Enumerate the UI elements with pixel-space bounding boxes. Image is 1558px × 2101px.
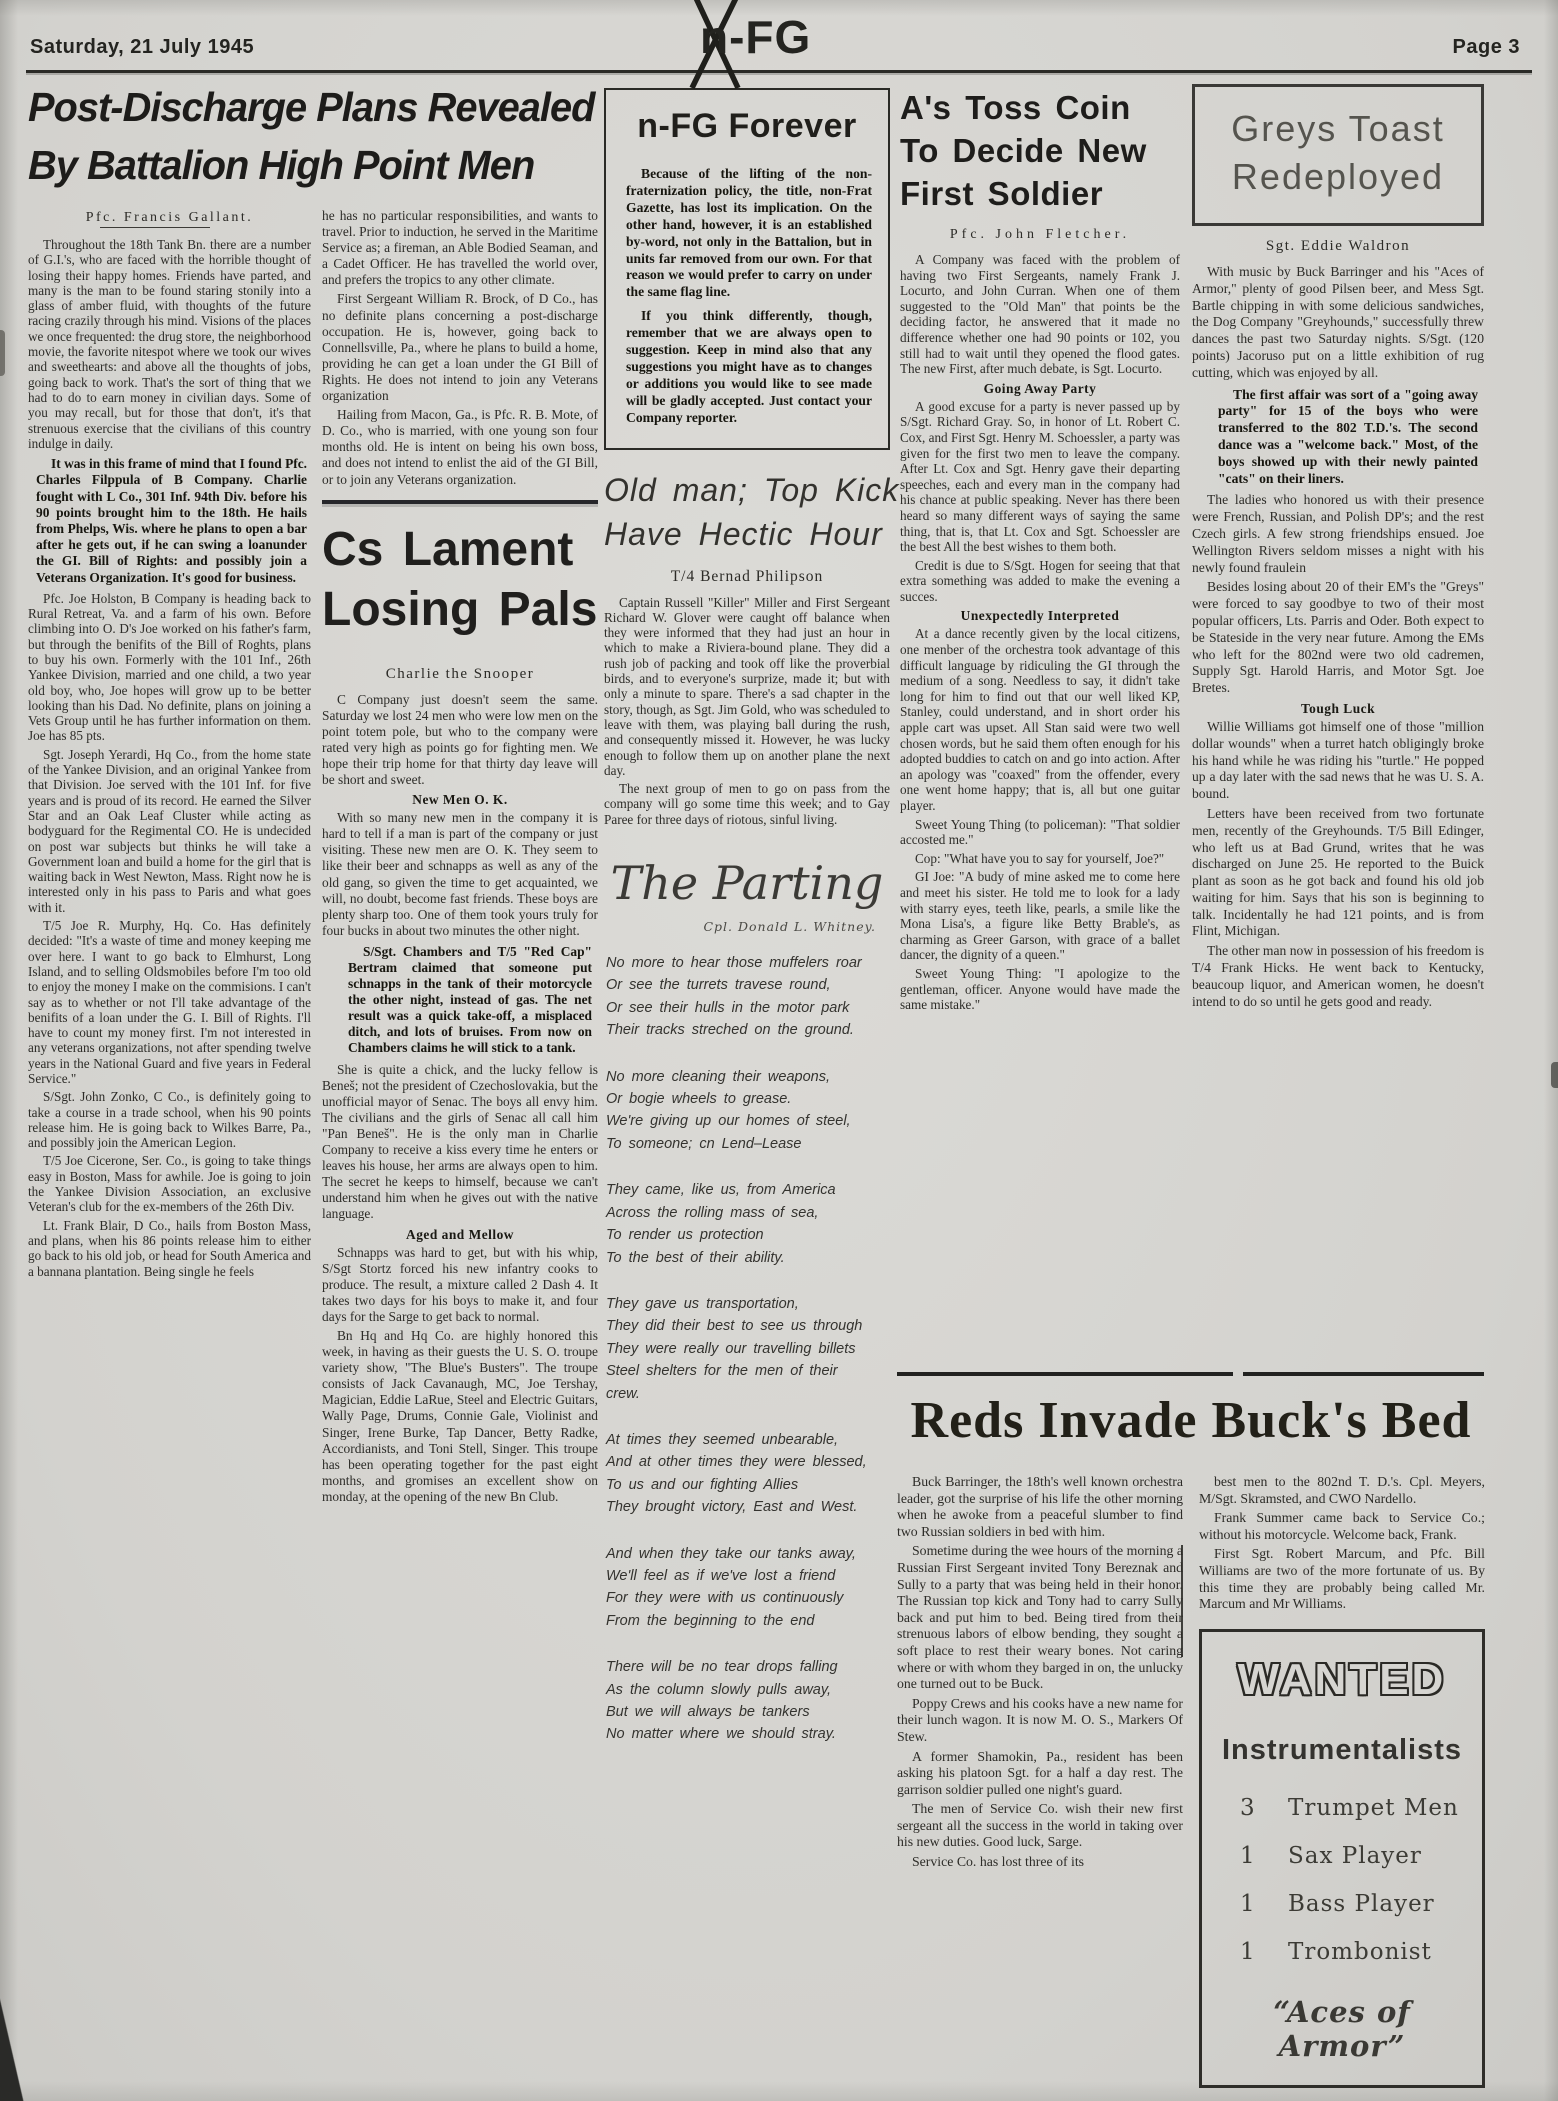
greys-headline-box: Greys Toast Redeployed: [1192, 84, 1484, 226]
paragraph: The men of Service Co. wish their new fi…: [897, 1801, 1183, 1851]
headline-cs-lament: Cs Lament Losing Pals: [322, 520, 598, 640]
item-quantity: 1: [1240, 1843, 1288, 1869]
paragraph: Buck Barringer, the 18th's well known or…: [897, 1474, 1183, 1540]
headline-reds-invade: Reds Invade Buck's Bed: [897, 1392, 1485, 1450]
paragraph: She is quite a chick, and the lucky fell…: [322, 1062, 598, 1223]
newspaper-page: Saturday, 21 July 1945 n-FG Page 3 Post-…: [0, 0, 1558, 2101]
scan-corner-artifact: [0, 1971, 30, 2101]
paragraph-bold: Because of the lifting of the non-frater…: [618, 164, 876, 303]
paragraph: Pfc. Joe Holston, B Company is heading b…: [28, 591, 311, 744]
paragraph: Captain Russell "Killer" Miller and Firs…: [604, 595, 890, 779]
paragraph: Service Co. has lost three of its: [897, 1854, 1183, 1871]
paragraph: With music by Buck Barringer and his "Ac…: [1192, 264, 1484, 382]
paragraph: Sweet Young Thing: "I apologize to the g…: [900, 966, 1180, 1013]
poem-byline: Cpl. Donald L. Whitney.: [604, 919, 890, 934]
paragraph: Letters have been received from two fort…: [1192, 806, 1484, 940]
item-quantity: 1: [1240, 1891, 1288, 1917]
headline-old-man: Old man; Top Kick Have Hectic Hour: [604, 468, 890, 556]
item-quantity: 1: [1240, 1939, 1288, 1965]
item-label: Trombonist: [1288, 1939, 1432, 1965]
wanted-item: 1 Bass Player: [1240, 1891, 1464, 1917]
headline-line: Old man; Top Kick: [604, 468, 890, 512]
paragraph: Poppy Crews and his cooks have a new nam…: [897, 1696, 1183, 1746]
headline-line: First Soldier: [900, 172, 1180, 215]
reds-left-column: Buck Barringer, the 18th's well known or…: [897, 1474, 1183, 2088]
wanted-item: 3 Trumpet Men: [1240, 1795, 1464, 1821]
paragraph-bold: It was in this frame of mind that I foun…: [28, 454, 311, 588]
paragraph: Sgt. Joseph Yerardi, Hq Co., from the ho…: [28, 747, 311, 915]
reds-right-column: best men to the 802nd T. D.'s. Cpl. Meye…: [1199, 1474, 1485, 2088]
paragraph: With so many new men in the company it i…: [322, 810, 598, 939]
headline-line: Redeployed: [1203, 153, 1473, 201]
column-post-discharge-left: Pfc. Francis Gallant. Throughout the 18t…: [28, 208, 311, 1282]
poem-stanza: They came, like us, from America Across …: [606, 1179, 890, 1269]
wanted-tagline: “Aces of Armor”: [1220, 1995, 1464, 2063]
byline: Sgt. Eddie Waldron: [1192, 238, 1484, 255]
paragraph: At a dance recently given by the local c…: [900, 626, 1180, 813]
paragraph-bold: The first affair was sort of a "going aw…: [1210, 385, 1482, 490]
paragraph: A good excuse for a party is never passe…: [900, 399, 1180, 555]
paragraph: best men to the 802nd T. D.'s. Cpl. Meye…: [1199, 1474, 1485, 1507]
paragraph: First Sergeant William R. Brock, of D Co…: [322, 291, 598, 404]
paragraph: Frank Summer came back to Service Co.; w…: [1199, 1510, 1485, 1543]
paragraph: A Company was faced with the problem of …: [900, 252, 1180, 377]
page-number: Page 3: [1453, 36, 1520, 59]
paragraph: Bn Hq and Hq Co. are highly honored this…: [322, 1328, 598, 1505]
poem-stanza: There will be no tear drops falling As t…: [606, 1656, 890, 1746]
paragraph-bold: If you think differently, though, rememb…: [618, 306, 876, 428]
paragraph: Schnapps was hard to get, but with his w…: [322, 1245, 598, 1325]
masthead-text: n-FG: [700, 11, 811, 63]
headline-line: By Battalion High Point Men: [28, 136, 583, 194]
paragraph: The next group of men to go on pass from…: [604, 781, 890, 827]
column-post-discharge-right: he has no particular responsibilities, a…: [322, 208, 598, 1508]
masthead-logo: n-FG: [700, 10, 860, 74]
subhead: Tough Luck: [1192, 701, 1484, 717]
section-rule: [897, 1372, 1233, 1376]
paragraph: Throughout the 18th Tank Bn. there are a…: [28, 237, 311, 451]
paragraph: C Company just doesn't seem the same. Sa…: [322, 692, 598, 789]
headline-line: Post-Discharge Plans Revealed: [28, 78, 583, 136]
wanted-item: 1 Sax Player: [1240, 1843, 1464, 1869]
paragraph: Hailing from Macon, Ga., is Pfc. R. B. M…: [322, 407, 598, 487]
paragraph: Willie Williams got himself one of those…: [1192, 719, 1484, 803]
headline-line: A's Toss Coin: [900, 86, 1180, 129]
wanted-ad: WANTED Instrumentalists 3 Trumpet Men 1 …: [1199, 1629, 1485, 2088]
subhead: New Men O. K.: [322, 792, 598, 808]
wanted-subtitle: Instrumentalists: [1220, 1734, 1464, 1767]
paragraph: Credit is due to S/Sgt. Hogen for seeing…: [900, 558, 1180, 605]
paragraph: A former Shamokin, Pa., resident has bee…: [897, 1749, 1183, 1799]
scan-edge-artifact: [1551, 1062, 1558, 1088]
paragraph: Sweet Young Thing (to policeman): "That …: [900, 817, 1180, 848]
paragraph-bold: S/Sgt. Chambers and T/5 "Red Cap" Bertra…: [340, 942, 596, 1059]
byline: Pfc. John Fletcher.: [900, 227, 1180, 243]
paragraph: Lt. Frank Blair, D Co., hails from Bosto…: [28, 1218, 311, 1279]
item-label: Sax Player: [1288, 1843, 1422, 1869]
reds-article: Reds Invade Buck's Bed Buck Barringer, t…: [897, 1384, 1485, 2088]
headline-line: To Decide New: [900, 129, 1180, 172]
paragraph: Sometime during the wee hours of the mor…: [897, 1543, 1183, 1692]
wanted-title: WANTED: [1220, 1658, 1464, 1702]
nfg-forever-box: n-FG Forever Because of the lifting of t…: [604, 88, 890, 450]
headline-line: Have Hectic Hour: [604, 512, 890, 556]
item-label: Bass Player: [1288, 1891, 1435, 1917]
headline-line: Greys Toast: [1203, 105, 1473, 153]
section-rule: [322, 500, 598, 504]
poem-stanza: At times they seemed unbearable, And at …: [606, 1429, 890, 1519]
poem-stanza: They gave us transportation, They did th…: [606, 1293, 890, 1405]
header-rule: [26, 70, 1532, 73]
subhead: Aged and Mellow: [322, 1227, 598, 1243]
column-toss-coin: A's Toss Coin To Decide New First Soldie…: [900, 86, 1180, 1016]
paragraph: T/5 Joe Cicerone, Ser. Co., is going to …: [28, 1153, 311, 1214]
subhead: Unexpectedly Interpreted: [900, 608, 1180, 624]
headline-line: Losing Pals: [322, 580, 598, 640]
box-title: n-FG Forever: [618, 106, 876, 146]
column-center: n-FG Forever Because of the lifting of t…: [604, 88, 890, 1770]
issue-date: Saturday, 21 July 1945: [30, 36, 254, 59]
wanted-item: 1 Trombonist: [1240, 1939, 1464, 1965]
poem-stanza: No more cleaning their weapons, Or bogie…: [606, 1066, 890, 1156]
paragraph: First Sgt. Robert Marcum, and Pfc. Bill …: [1199, 1546, 1485, 1612]
item-quantity: 3: [1240, 1795, 1288, 1821]
paragraph: S/Sgt. John Zonko, C Co., is definitely …: [28, 1089, 311, 1150]
paragraph: GI Joe: "A budy of mine asked me to come…: [900, 869, 1180, 963]
paragraph: Cop: "What have you to say for yourself,…: [900, 851, 1180, 867]
paragraph: Besides losing about 20 of their EM's th…: [1192, 579, 1484, 697]
paragraph: T/5 Joe R. Murphy, Hq. Co. Has definitel…: [28, 918, 311, 1086]
poem-stanza: And when they take our tanks away, We'll…: [606, 1543, 890, 1633]
column-greys: Greys Toast Redeployed Sgt. Eddie Waldro…: [1192, 84, 1484, 1013]
headline-the-parting: The Parting: [604, 857, 890, 909]
paragraph: The other man now in possession of his f…: [1192, 943, 1484, 1010]
headline-toss-coin: A's Toss Coin To Decide New First Soldie…: [900, 86, 1180, 215]
paragraph: he has no particular responsibilities, a…: [322, 208, 598, 288]
byline: Pfc. Francis Gallant.: [28, 210, 311, 228]
item-label: Trumpet Men: [1288, 1795, 1459, 1821]
headline-line: Cs Lament: [322, 520, 598, 580]
scan-edge-artifact: [0, 330, 5, 376]
paragraph: The ladies who honored us with their pre…: [1192, 492, 1484, 576]
subhead: Going Away Party: [900, 381, 1180, 397]
poem-stanza: No more to hear those muffelers roar Or …: [606, 952, 890, 1042]
section-rule: [1243, 1372, 1484, 1376]
headline-post-discharge: Post-Discharge Plans Revealed By Battali…: [28, 78, 600, 194]
byline: T/4 Bernad Philipson: [604, 568, 890, 586]
byline: Charlie the Snooper: [322, 666, 598, 683]
